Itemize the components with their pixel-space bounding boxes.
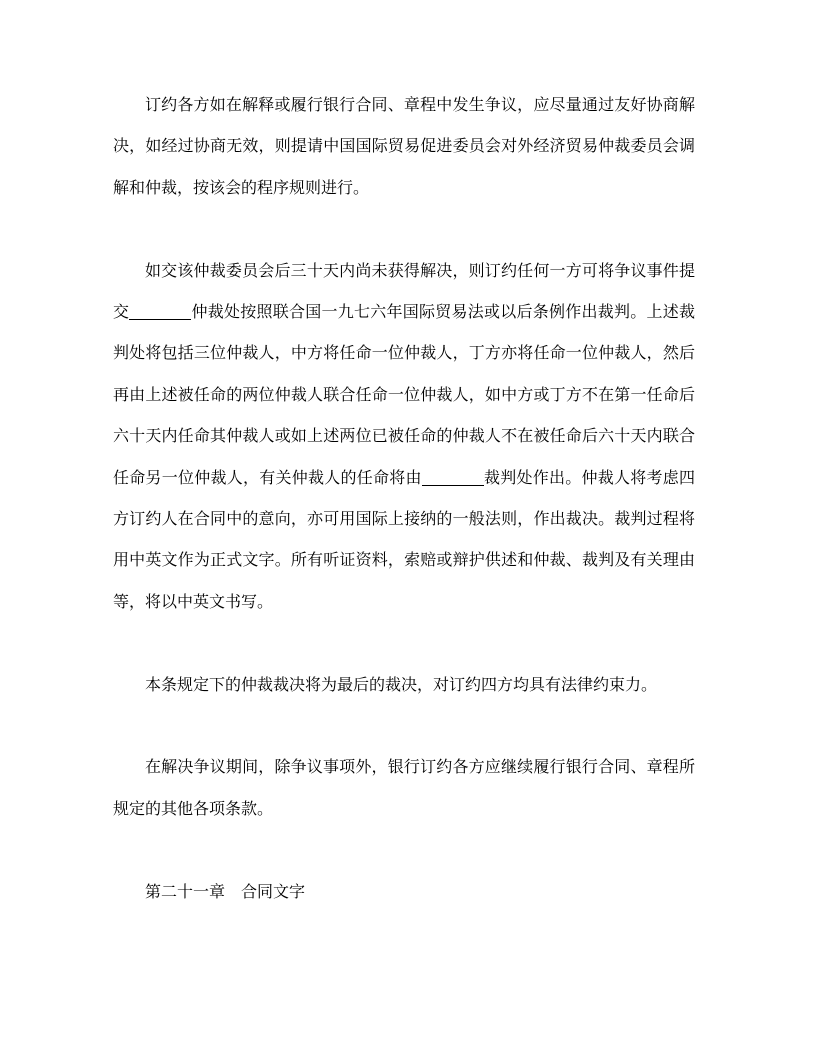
fill-in-blank-arbitration-court[interactable]	[129, 305, 191, 320]
paragraph-binding-force: 本条规定下的仲裁裁决将为最后的裁决，对订约四方均具有法律约束力。	[113, 664, 695, 705]
chapter-heading: 第二十一章 合同文字	[113, 871, 695, 912]
paragraph-continued-performance: 在解决争议期间，除争议事项外，银行订约各方应继续履行银行合同、章程所规定的其他各…	[113, 746, 695, 829]
paragraph-text-between-blanks: 仲裁处按照联合国一九七六年国际贸易法或以后条例作出裁判。上述裁判处将包括三位仲裁…	[113, 302, 695, 487]
fill-in-blank-tribunal[interactable]	[422, 471, 484, 486]
document-page: 订约各方如在解释或履行银行合同、章程中发生争议，应尽量通过友好协商解决，如经过协…	[0, 0, 816, 1056]
paragraph-arbitration-procedure: 如交该仲裁委员会后三十天内尚未获得解决，则订约任何一方可将争议事件提交仲裁处按照…	[113, 250, 695, 623]
paragraph-dispute-resolution: 订约各方如在解释或履行银行合同、章程中发生争议，应尽量通过友好协商解决，如经过协…	[113, 84, 695, 208]
paragraph-text-after-blank2: 裁判处作出。仲裁人将考虑四方订约人在合同中的意向，亦可用国际上接纳的一般法则，作…	[113, 468, 695, 611]
